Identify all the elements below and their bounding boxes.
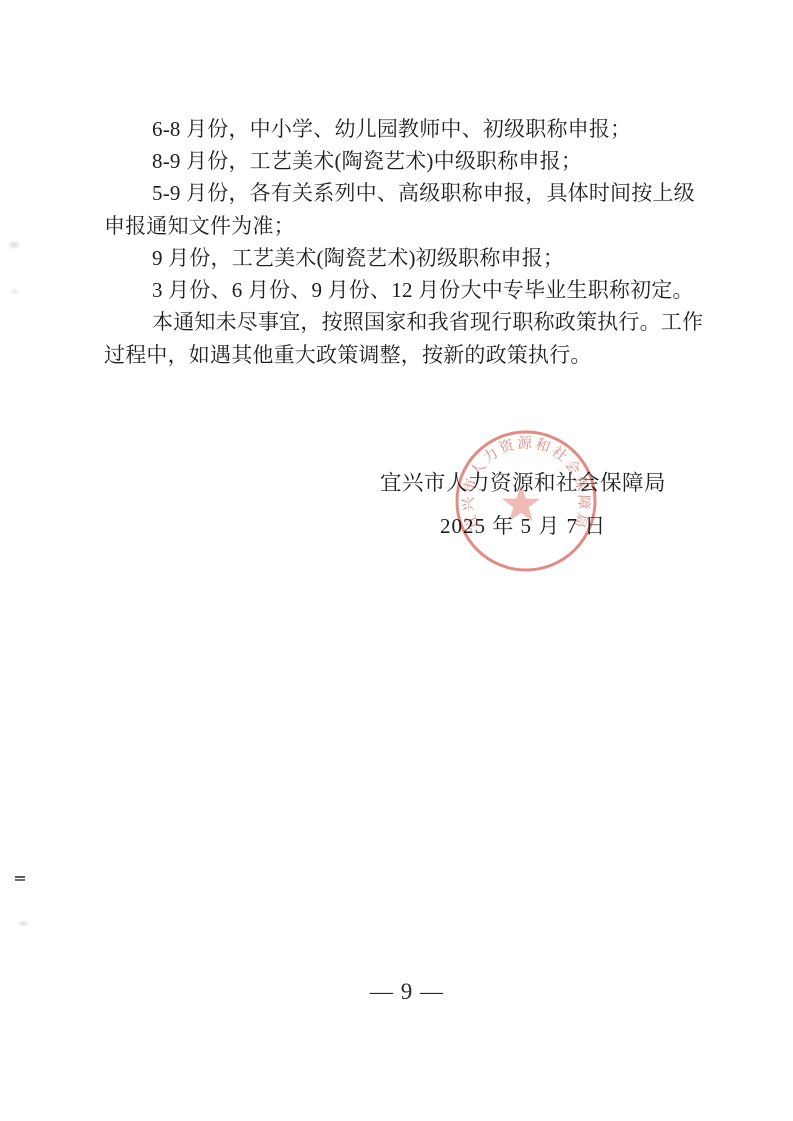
body-line: 6-8 月份，中小学、幼儿园教师中、初级职称申报； [152,117,631,141]
official-seal-stamp: 宜兴市人力资源和社会保障局 [446,421,606,581]
scan-artifact-smudge [9,288,20,295]
body-line: 过程中，如遇其他重大政策调整，按新的政策执行。 [104,343,592,367]
scan-artifact-smudge [16,920,30,927]
body-line: 本通知未尽事宜，按照国家和我省现行职称政策执行。工作 [152,310,703,334]
body-line: 3 月份、6 月份、9 月份、12 月份大中专毕业生职称初定。 [152,278,694,302]
scan-artifact-smudge [7,240,21,250]
body-line: 9 月份，工艺美术(陶瓷艺术)初级职称申报； [152,246,564,270]
body-line: 5-9 月份，各有关系列中、高级职称申报，具体时间按上级 [152,181,695,205]
body-line: 申报通知文件为准； [104,214,295,238]
body-line: 8-9 月份，工艺美术(陶瓷艺术)中级职称申报； [152,149,582,173]
page-number: — 9 — [347,979,467,1005]
document-page: 6-8 月份，中小学、幼儿园教师中、初级职称申报； 8-9 月份，工艺美术(陶瓷… [0,0,793,1121]
red-star-icon [502,485,540,521]
scan-artifact-mark [15,875,25,883]
